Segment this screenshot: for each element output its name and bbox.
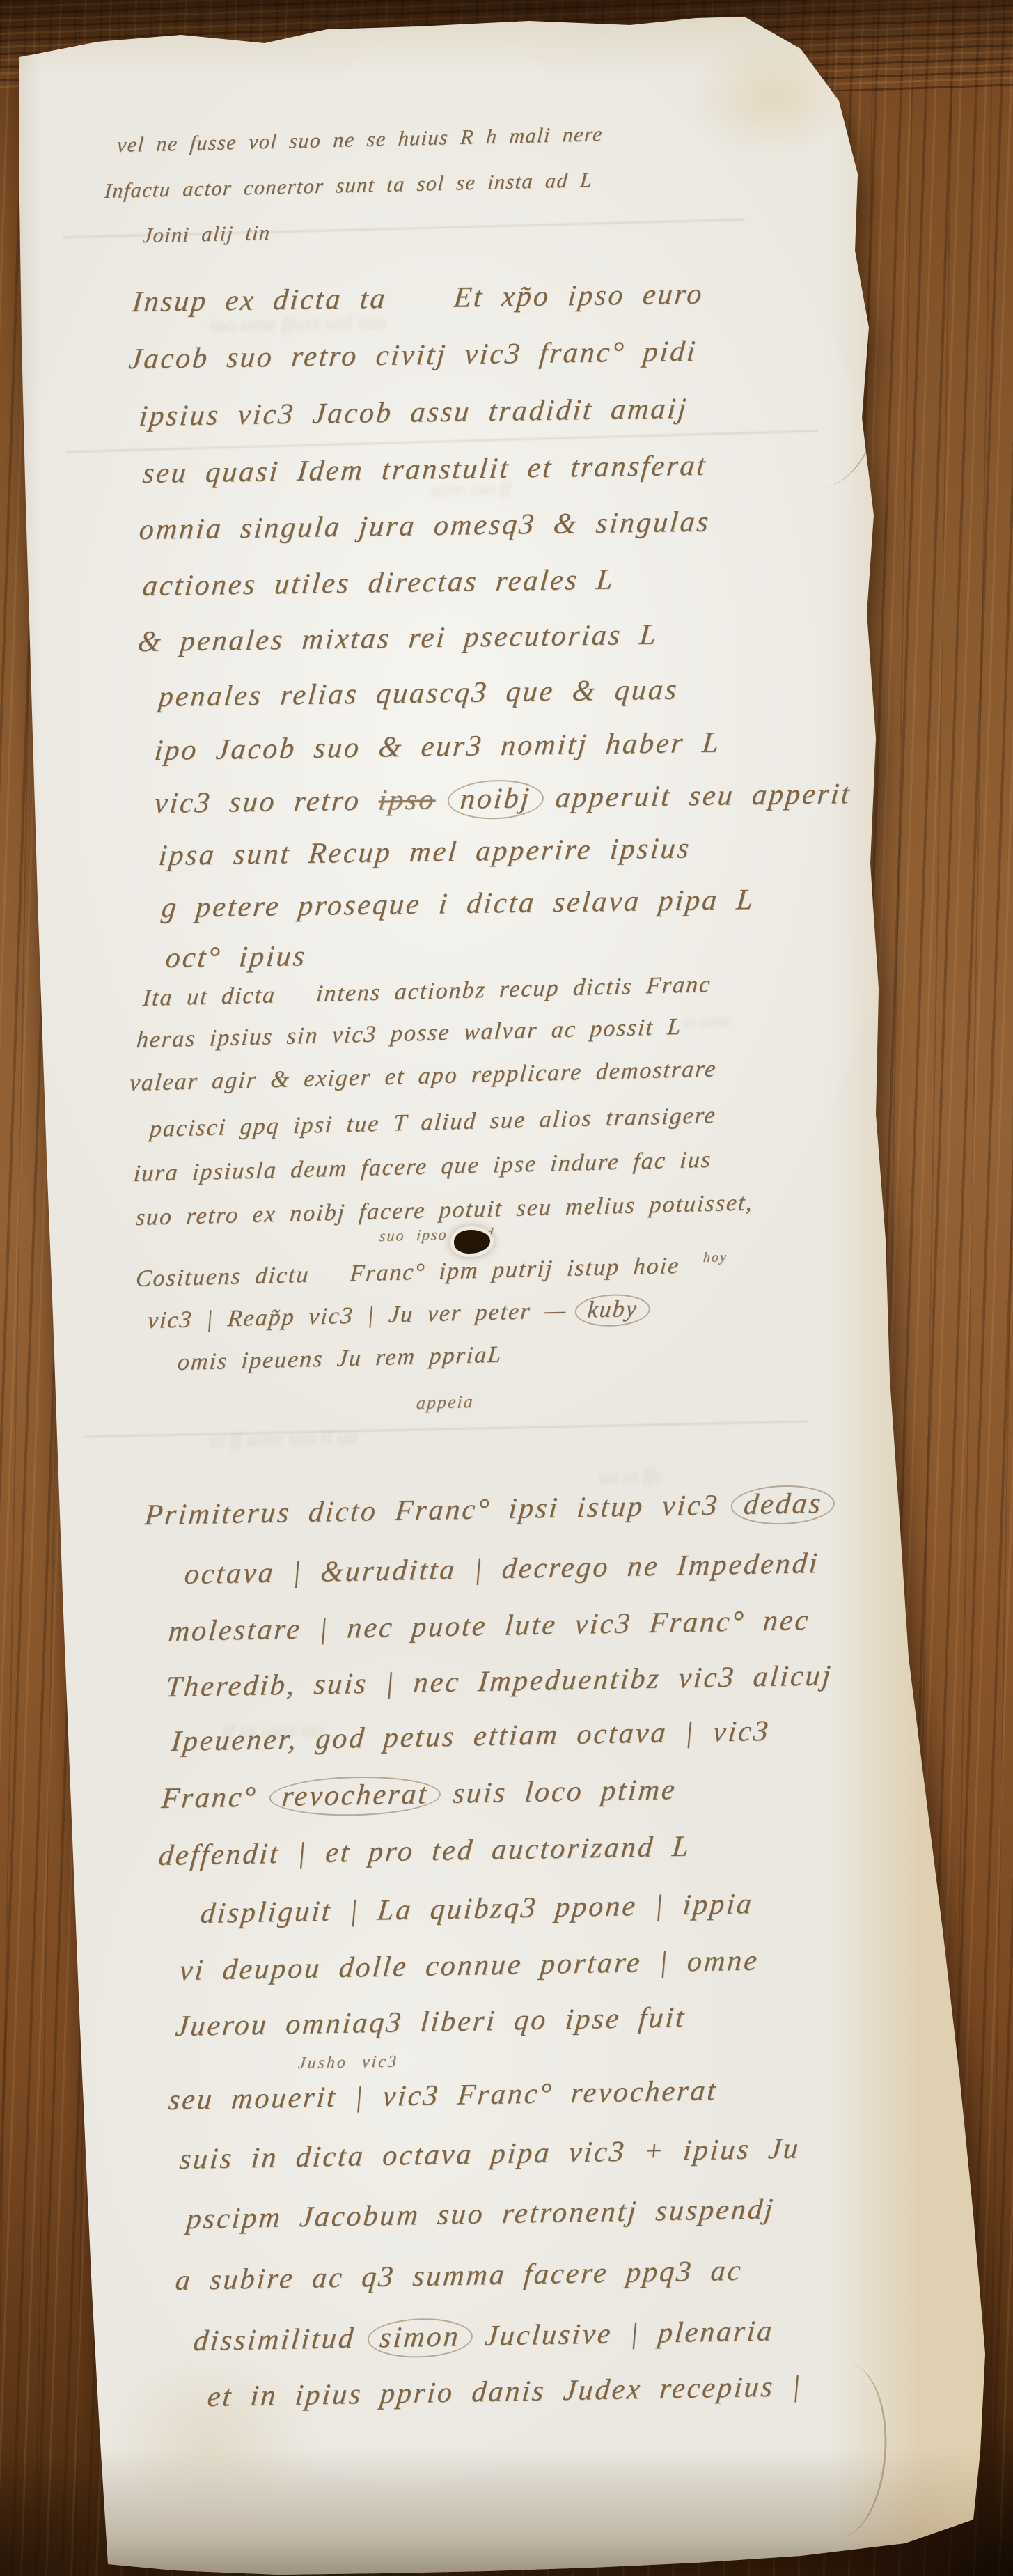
manuscript-line: Primiterus dicto Franc° ipsi istup vic3 … [143, 1487, 831, 1533]
photo-of-manuscript: vel ne fusse vol suo ne se huius R h mal… [0, 0, 1013, 2576]
showthrough-text: ff ss uine oo [223, 1718, 324, 1744]
pen-flourish [774, 225, 906, 492]
showthrough-text: uu ss ffe [599, 1465, 663, 1489]
paper-shadow: vel ne fusse vol suo ne se huius R h mal… [0, 0, 1013, 2576]
manuscript-line: Theredib, suis | nec Impeduentibz vic3 a… [164, 1659, 834, 1704]
manuscript-line: ipsius vic3 Jacob assu tradidit amaij [138, 392, 689, 433]
manuscript-line: penales relias quascq3 que & quas [157, 673, 680, 714]
manuscript-line: heras ipsius sin vic3 posse walvar ac po… [135, 1014, 682, 1054]
manuscript-line: vic3 suo retro ipso noibj apperuit seu a… [153, 777, 853, 821]
manuscript-line: vic3 | Reap̃p vic3 | Ju ver peter — kuby [146, 1296, 645, 1336]
manuscript-line: Franc° revocherat suis loco ptime [160, 1773, 678, 1816]
manuscript-line: oct° ipius [164, 939, 308, 975]
showthrough-text: sso uine ffuss uol suo [209, 311, 387, 337]
manuscript-line: iura ipsiusla deum facere que ipse indur… [132, 1147, 712, 1187]
manuscript-line: deffendit | et pro ted auctorizand L [157, 1830, 692, 1873]
manuscript-line: pscipm Jacobum suo retronentj suspendj [185, 2192, 776, 2236]
manuscript-line: a subire ac q3 summa facere ppq3 ac [174, 2254, 744, 2297]
interline-note: tw [903, 1267, 920, 1283]
interline-note: Jusho vic3 [297, 2052, 399, 2073]
manuscript-page: vel ne fusse vol suo ne se huius R h mal… [0, 0, 1013, 2576]
manuscript-line: omis ipeuens Ju rem ppriaL [176, 1342, 503, 1376]
manuscript-line: valear agir & exiger et apo repplicare d… [128, 1056, 718, 1097]
manuscript-line: vi deupou dolle connue portare | omne [178, 1944, 760, 1988]
manuscript-line: seu quasi Idem transtulit et transferat [141, 449, 709, 490]
manuscript-line: Cosituens dictu Franc° ipm putrij istup … [134, 1253, 680, 1293]
manuscript-line: vel ne fusse vol suo ne se huius R h mal… [116, 123, 604, 157]
showthrough-text: ss uine [682, 1010, 732, 1032]
manuscript-line: ipo Jacob suo & eur3 nomitj haber L [153, 726, 722, 767]
manuscript-line: et in ipius pprio danis Judex recepius | [206, 2370, 803, 2414]
manuscript-line: actiones utiles directas reales L [141, 563, 616, 603]
manuscript-line: octava | &uruditta | decrego ne Impedend… [183, 1547, 821, 1591]
manuscript-line: molestare | nec puote lute vic3 Franc° n… [167, 1604, 811, 1648]
manuscript-line: pacisci gpq ipsi tue T aliud sue alios t… [148, 1102, 717, 1143]
showthrough-text: ss ff uine sso ll uu [209, 1425, 359, 1453]
interline-note: hoy [702, 1249, 728, 1266]
showthrough-text: uine sso ff [432, 478, 511, 501]
manuscript-line: & penales mixtas rei psecutorias L [136, 618, 660, 659]
pen-flourish [801, 2362, 892, 2540]
manuscript-line: ipsa sunt Recup mel apperire ipsius [157, 832, 693, 873]
manuscript-line: Jacob suo retro civitj vic3 franc° pidi [127, 335, 699, 376]
manuscript-line: displiguit | La quibzq3 ppone | ippia [199, 1887, 755, 1930]
manuscript-line: g petere proseque i dicta selava pipa L [160, 883, 757, 925]
paper-crease [84, 1421, 808, 1437]
manuscript-line: omnia singula jura omesq3 & singulas [138, 506, 712, 547]
manuscript-line: Juerou omniaq3 liberi qo ipse fuit [174, 2001, 687, 2043]
manuscript-line: Ita ut dicta intens actionbz recup dicti… [141, 971, 712, 1012]
manuscript-line: suis in dicta octava pipa vic3 + ipius J… [178, 2132, 801, 2176]
manuscript-line: Infactu actor conertor sunt ta sol se in… [104, 169, 594, 203]
interline-note: appeia [416, 1391, 475, 1414]
manuscript-line: seu mouerit | vic3 Franc° revocherat [167, 2074, 719, 2117]
manuscript-line: dissimilitud simon Juclusive | plenaria [192, 2314, 776, 2359]
manuscript-text: vel ne fusse vol suo ne se huius R h mal… [0, 0, 1013, 2576]
